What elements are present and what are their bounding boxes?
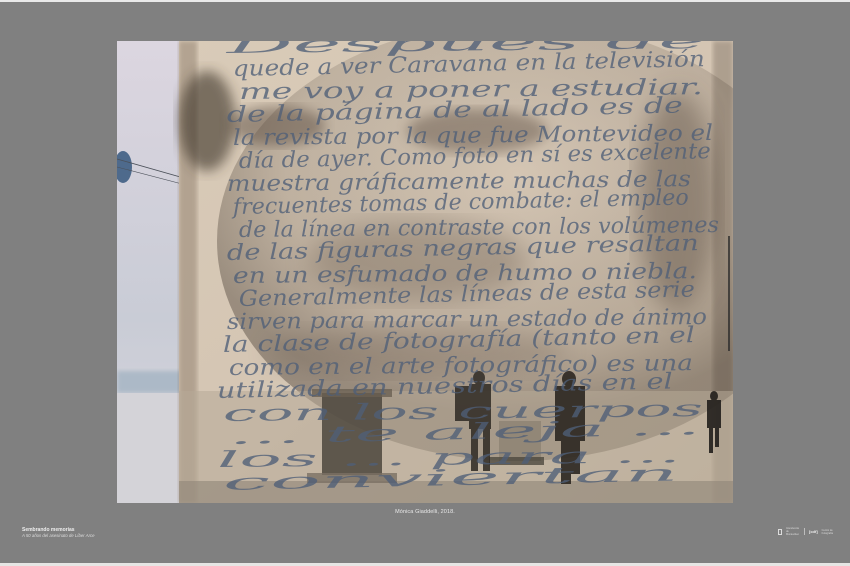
cdf-logo-mark: [cdf] [809,529,818,534]
sponsor-logos: Intendencia de Montevideo [cdf] Centro d… [778,527,836,536]
series-info: Sembrando memorias A 50 años del asesina… [22,527,95,539]
cdf-logo-text: Centro de Fotografía [822,529,836,535]
intendencia-logo-icon [778,529,782,535]
collage-image: Después dequede a ver Caravana en la tel… [117,41,733,503]
intendencia-logo-text: Intendencia de Montevideo [786,527,800,536]
artwork-photo: Después dequede a ver Caravana en la tel… [117,41,733,503]
logo-divider [804,528,805,535]
artwork-caption: Mónica Giaddelli, 2018. [0,509,850,515]
handwriting: Después dequede a ver Caravana en la tel… [217,41,719,496]
series-subtitle: A 50 años del asesinato de Líber Arce [22,533,95,539]
top-border [0,0,850,2]
